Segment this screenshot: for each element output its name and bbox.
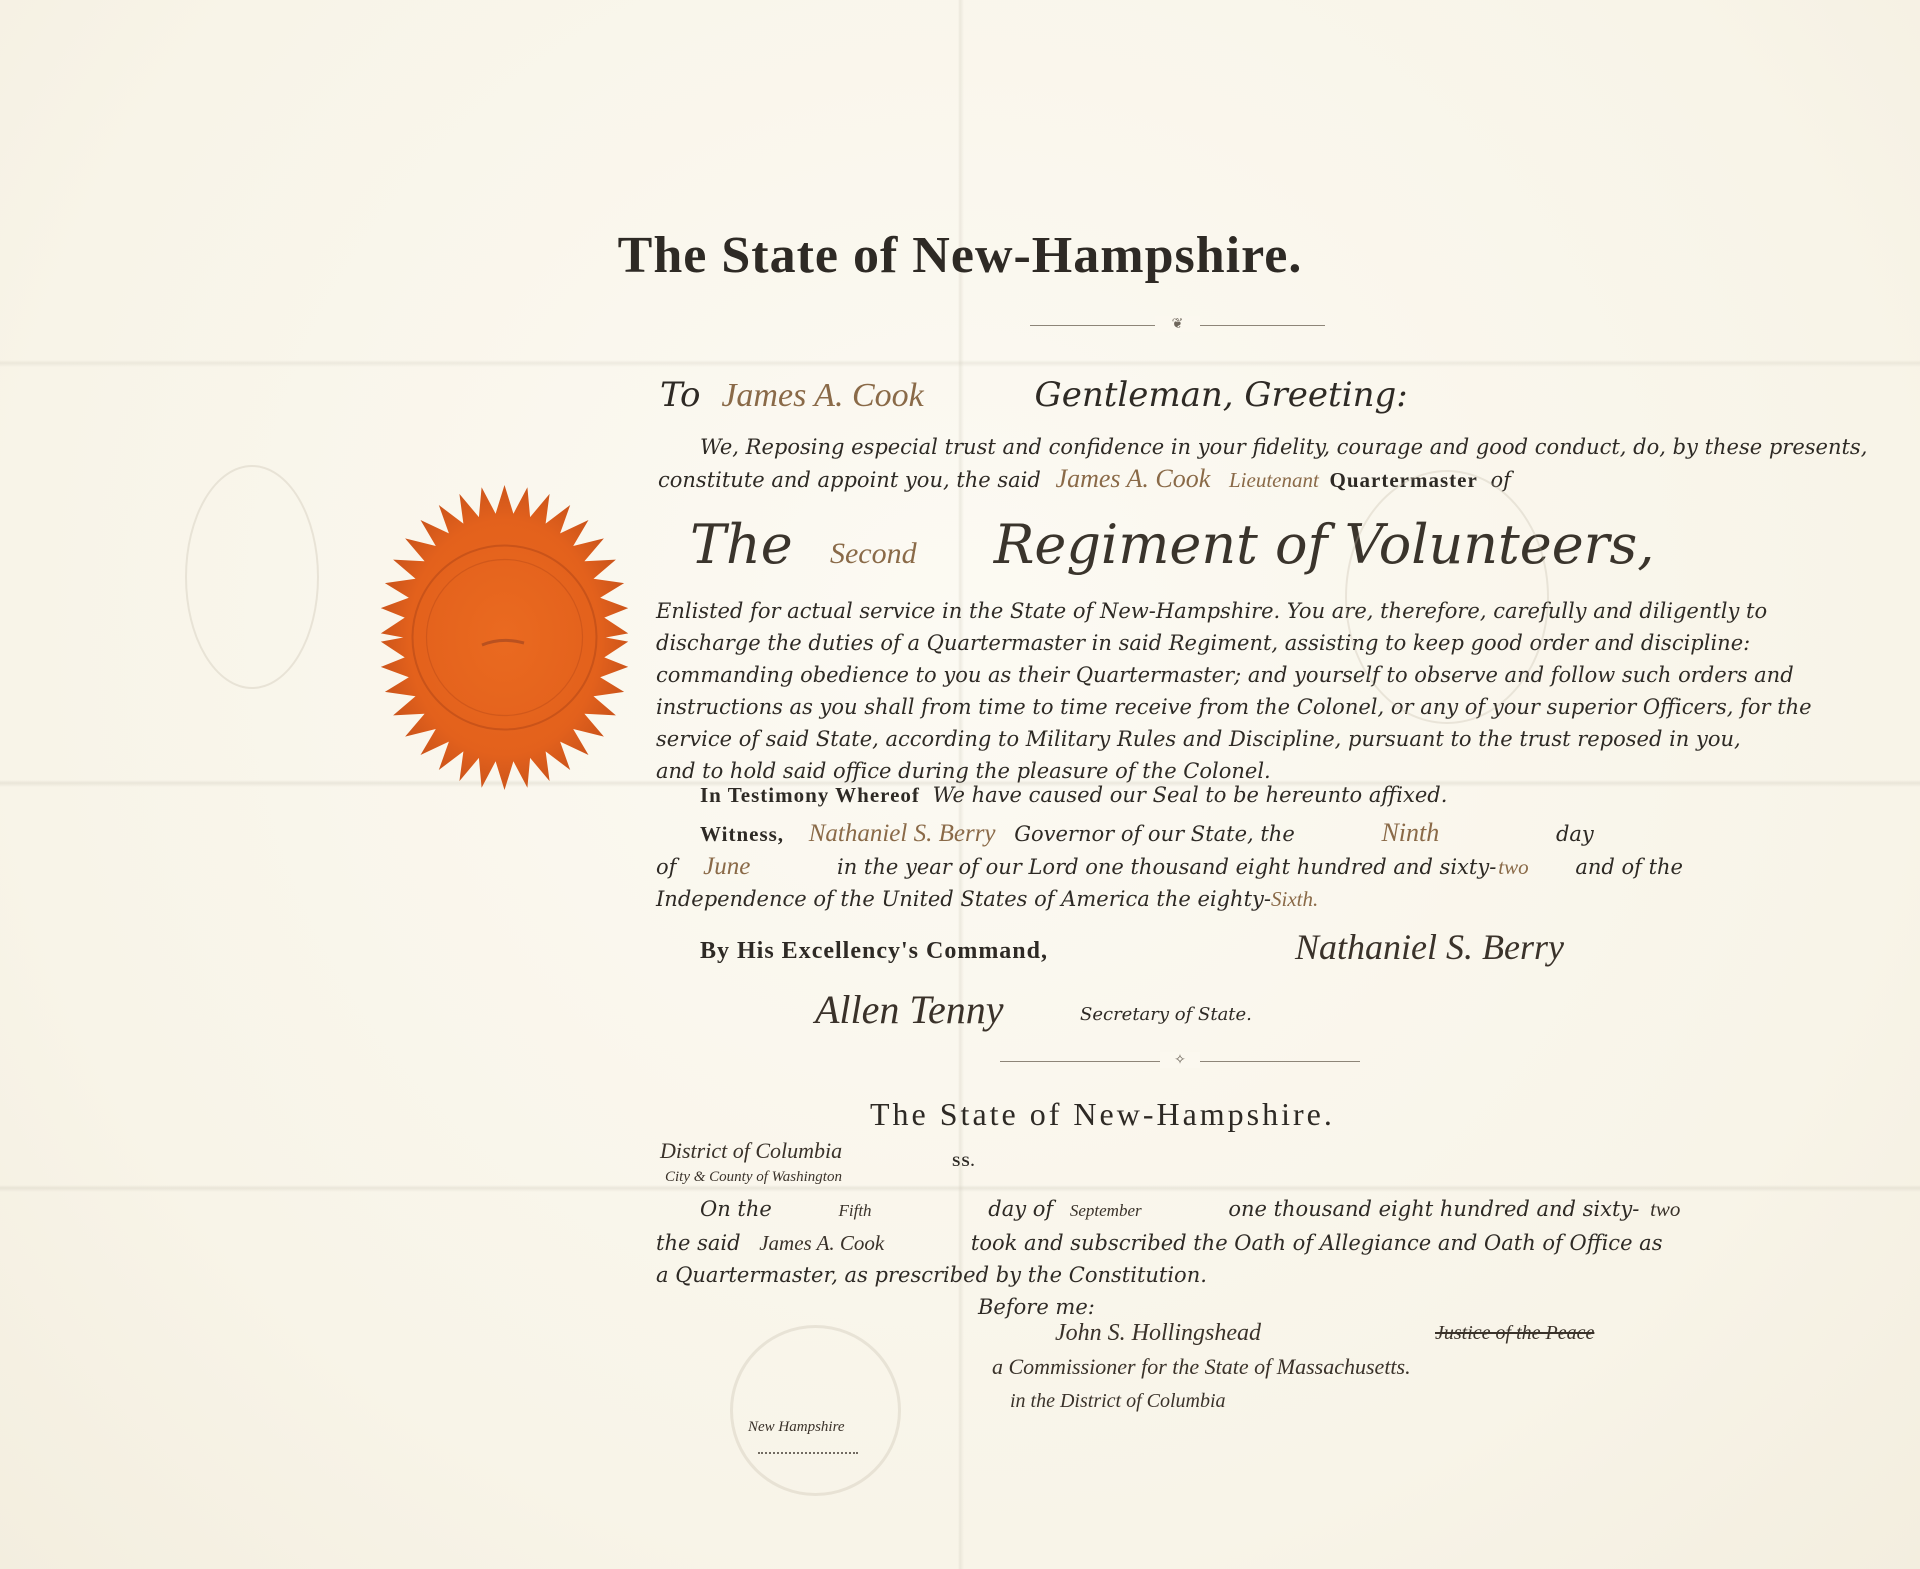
secretary-title: Secretary of State. — [1080, 1000, 1252, 1030]
oath-month: September — [1070, 1201, 1142, 1220]
official-title-struck: Justice of the Peace — [1435, 1318, 1594, 1348]
to-prefix: To — [660, 375, 701, 415]
oath-day-of: day of — [988, 1197, 1053, 1221]
governor-signature: Nathaniel S. Berry — [1295, 925, 1564, 969]
witness-text-1: Governor of our State, the — [1014, 822, 1295, 846]
appointee-name: James A. Cook — [1056, 464, 1211, 493]
oath-text: took and subscribed the Oath of Allegian… — [971, 1231, 1663, 1255]
witness-of: of — [656, 855, 676, 879]
secretary-signature: Allen Tenny — [815, 985, 1004, 1035]
command-label: By His Excellency's Command, — [700, 936, 1048, 966]
oath-on-the: On the — [700, 1197, 772, 1221]
oath-name: James A. Cook — [759, 1231, 884, 1255]
oath-the-said: the said — [656, 1231, 741, 1255]
jurisdiction-city: City & County of Washington — [665, 1162, 842, 1192]
regiment-suffix: Regiment of Volunteers, — [994, 513, 1655, 576]
witness-text-4: and of the — [1575, 855, 1683, 879]
witness-day: Ninth — [1381, 818, 1439, 847]
oath-line-1: On the Fifth day of September one thousa… — [700, 1194, 1680, 1226]
witness-text-2: day — [1556, 822, 1594, 846]
document-title: The State of New-Hampshire. — [0, 226, 1920, 285]
oath-year-text: one thousand eight hundred and sixty- — [1228, 1197, 1639, 1221]
greeting: Gentleman, Greeting: — [1035, 375, 1408, 415]
witness-month: June — [703, 853, 750, 880]
embossed-seal-handwriting: New Hampshire — [748, 1418, 845, 1436]
divider-ornament: ✧ — [1160, 1052, 1200, 1068]
body-line: commanding obedience to you as their Qua… — [656, 660, 1706, 690]
body-line: instructions as you shall from time to t… — [656, 692, 1706, 722]
blind-emboss-seal-top — [1345, 470, 1549, 724]
regiment-ordinal: Second — [830, 537, 917, 570]
official-signature: John S. Hollingshead — [1055, 1318, 1261, 1348]
testimony-line: In Testimony Whereof We have caused our … — [700, 780, 1447, 810]
appointment-line-1: We, Reposing especial trust and confiden… — [700, 432, 1867, 462]
oath-year: two — [1650, 1197, 1680, 1221]
divider-ornament: ❦ — [1155, 316, 1200, 332]
appoint-prefix: constitute and appoint you, the said — [658, 468, 1041, 492]
witness-text-5: Independence of the United States of Ame… — [656, 887, 1271, 911]
commissioner-embossed-seal — [730, 1325, 901, 1496]
oath-day: Fifth — [839, 1201, 872, 1220]
witness-text-3: in the year of our Lord one thousand eig… — [837, 855, 1496, 879]
witness-lead: Witness, — [700, 822, 784, 846]
oath-title: The State of New-Hampshire. — [870, 1094, 1335, 1134]
appointment-line-2: constitute and appoint you, the said Jam… — [658, 464, 1511, 495]
witness-line-3: Independence of the United States of Ame… — [656, 884, 1318, 914]
body-line: discharge the duties of a Quartermaster … — [656, 628, 1706, 658]
recipient-name: James A. Cook — [721, 377, 923, 414]
appointee-rank: Lieutenant — [1229, 468, 1319, 492]
witness-line-1: Witness, Nathaniel S. Berry Governor of … — [700, 818, 1594, 849]
governor-name: Nathaniel S. Berry — [809, 820, 996, 847]
oath-line-3: a Quartermaster, as prescribed by the Co… — [656, 1260, 1207, 1290]
witness-independence-year: Sixth. — [1271, 887, 1318, 911]
blind-emboss-seal-left — [185, 465, 319, 689]
witness-year: two — [1498, 855, 1528, 879]
testimony-text: We have caused our Seal to be hereunto a… — [933, 783, 1448, 807]
salutation: To James A. Cook Gentleman, Greeting: — [660, 373, 1408, 418]
ss-mark: SS. — [952, 1147, 975, 1177]
regiment-prefix: The — [690, 513, 793, 576]
embossed-seal-squiggle — [758, 1440, 858, 1454]
body-line: service of said State, according to Mili… — [656, 724, 1706, 754]
oath-line-2: the said James A. Cook took and subscrib… — [656, 1228, 1662, 1258]
commissioner-line-1: a Commissioner for the State of Massachu… — [992, 1352, 1411, 1382]
state-seal-icon — [352, 485, 657, 790]
witness-line-2: of June in the year of our Lord one thou… — [656, 852, 1683, 882]
body-paragraph: Enlisted for actual service in the State… — [656, 596, 1706, 786]
testimony-lead: In Testimony Whereof — [700, 783, 920, 807]
commissioner-line-2: in the District of Columbia — [1010, 1386, 1226, 1416]
